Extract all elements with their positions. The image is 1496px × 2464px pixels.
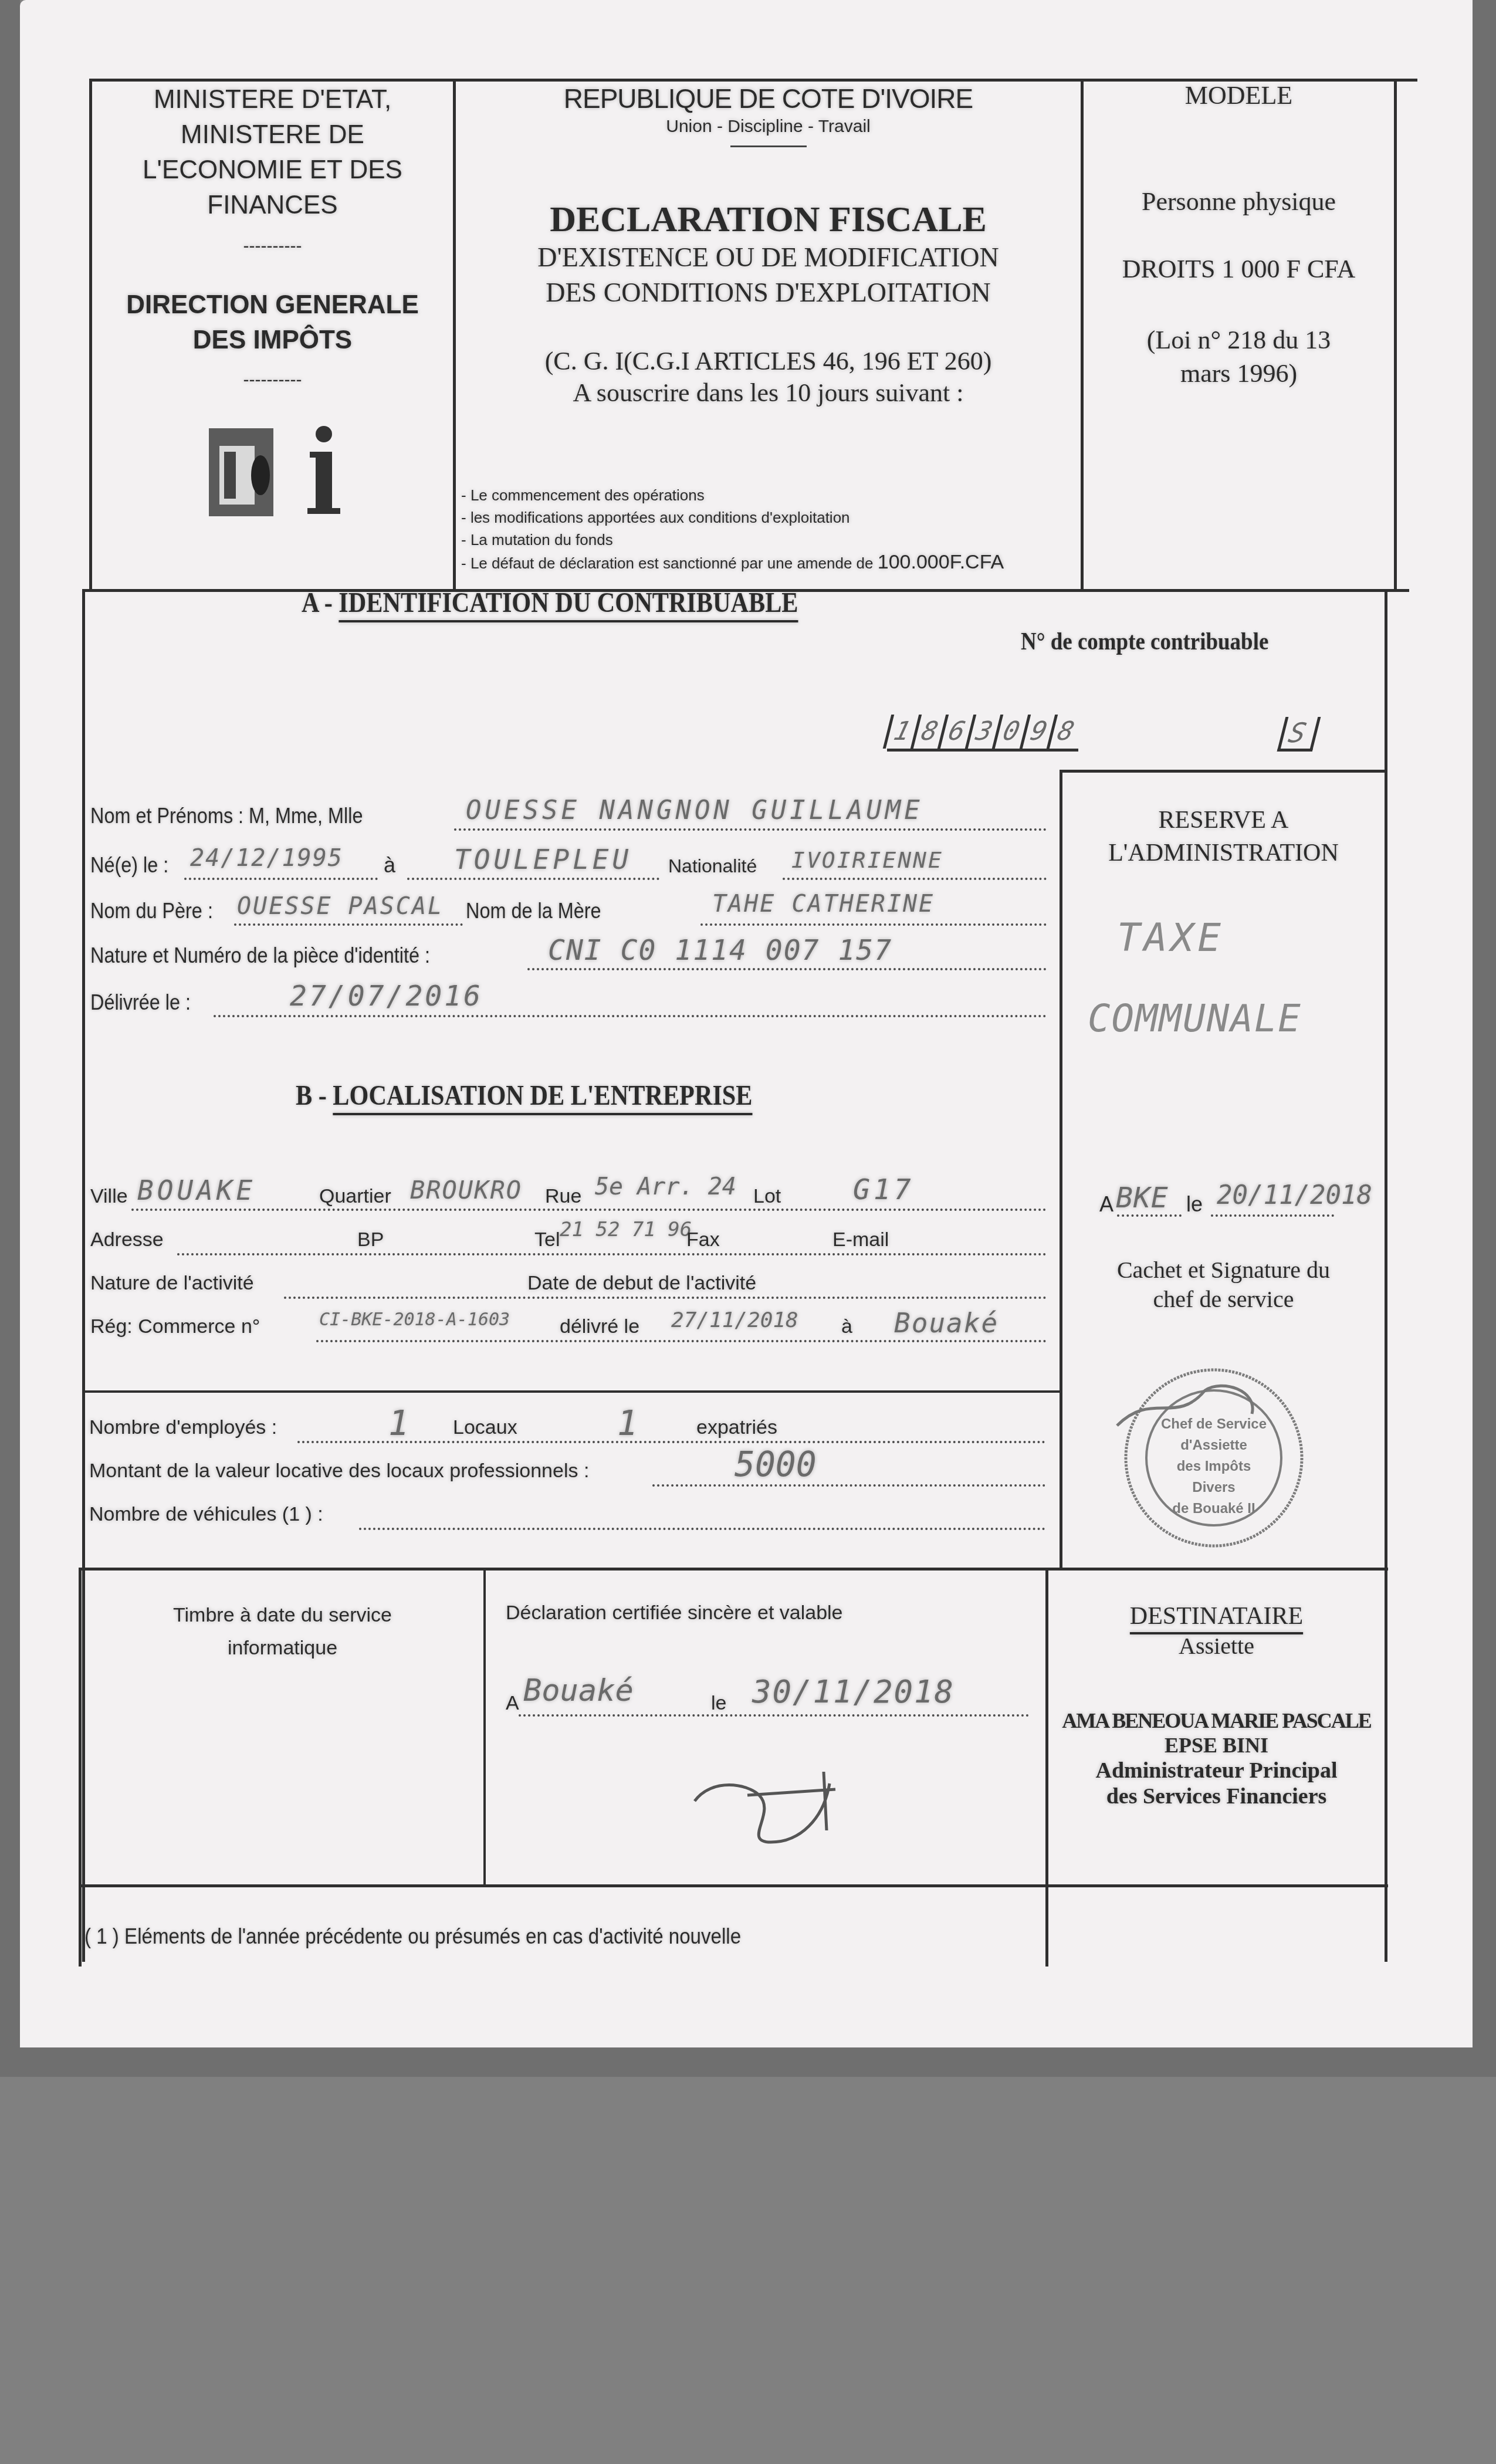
- conditions-list: - Le commencement des opérations - les m…: [461, 484, 1004, 574]
- field-naissance: Né(e) le : 24/12/1995 à TOULEPLEU Nation…: [90, 847, 1052, 893]
- droits-amount: DROITS 1 000 F CFA: [1084, 254, 1394, 284]
- destinataire-box: DESTINATAIRE Assiette AMA BENEOUA MARIE …: [1048, 1602, 1385, 1809]
- ministry-line-4: FINANCES: [92, 188, 453, 223]
- field-vehicules: Nombre de véhicules (1 ) :: [89, 1501, 1051, 1544]
- separator-2: ----------: [92, 363, 453, 398]
- agent-title: Administrateur Principal: [1048, 1758, 1385, 1783]
- reserve-note-2: COMMUNALE: [1088, 997, 1302, 1041]
- rc-number-value[interactable]: CI-BKE-2018-A-1603: [319, 1309, 510, 1330]
- reserve-box: RESERVE A L'ADMINISTRATION: [1062, 804, 1385, 869]
- certification-place-value[interactable]: Bouaké: [523, 1673, 634, 1708]
- quartier-value[interactable]: BROUKRO: [410, 1176, 522, 1204]
- field-piece: Nature et Numéro de la pièce d'identité …: [90, 937, 1052, 984]
- official-stamp-icon: Chef de Service d'Assiette des Impôts Di…: [1105, 1355, 1322, 1555]
- certification-label: Déclaration certifiée sincère et valable: [506, 1602, 843, 1624]
- form-page: MINISTERE D'ETAT, MINISTERE DE L'ECONOMI…: [20, 0, 1473, 2047]
- timbre-box: Timbre à date du service informatique: [82, 1599, 483, 1664]
- father-name-value[interactable]: OUESSE PASCAL: [237, 893, 444, 920]
- reserve-place-date: A BKE le 20/11/2018: [1099, 1185, 1375, 1220]
- scan-left-border: [0, 0, 20, 2077]
- cachet-label: Cachet et Signature du chef de service: [1062, 1255, 1385, 1314]
- republic-title: REPUBLIQUE DE COTE D'IVOIRE: [456, 82, 1081, 115]
- agent-name: AMA BENEOUA MARIE PASCALE: [1048, 1708, 1385, 1733]
- reserve-title-2: L'ADMINISTRATION: [1062, 837, 1385, 869]
- agent-title-2: des Services Financiers: [1048, 1783, 1385, 1809]
- ministry-line-1: MINISTERE D'ETAT,: [92, 82, 453, 117]
- direction-line-2: DES IMPÔTS: [92, 323, 453, 358]
- rue-value[interactable]: 5e Arr. 24: [595, 1173, 736, 1200]
- field-activite: Nature de l'activité Date de debut de l'…: [90, 1270, 1052, 1313]
- certification-date-value[interactable]: 30/11/2018: [752, 1673, 955, 1710]
- form-title: DECLARATION FISCALE: [456, 199, 1081, 240]
- ministry-line-2: MINISTERE DE: [92, 117, 453, 153]
- locaux-value[interactable]: 1: [617, 1403, 641, 1443]
- section-a-title: A - IDENTIFICATION DU CONTRIBUABLE: [302, 587, 798, 619]
- identity-fields: Nom et Prénoms : M, Mme, Mlle OUESSE NAN…: [90, 798, 1052, 1031]
- employes-value[interactable]: 1: [388, 1403, 412, 1443]
- reserve-title-1: RESERVE A: [1062, 804, 1385, 837]
- field-parents: Nom du Père : OUESSE PASCAL Nom de la Mè…: [90, 893, 1052, 937]
- motto: Union - Discipline - Travail: [456, 115, 1081, 138]
- account-label: N° de compte contribuable: [1021, 628, 1268, 656]
- condition-item: - La mutation du fonds: [461, 529, 1004, 551]
- separator: ----------: [92, 229, 453, 264]
- field-employes: Nombre d'employés : 1 Locaux 1 expatriés: [89, 1414, 1051, 1457]
- nationality-value[interactable]: IVOIRIENNE: [791, 847, 943, 873]
- form-subtitle-1: D'EXISTENCE OU DE MODIFICATION: [456, 240, 1081, 275]
- location-fields: Ville BOUAKE Quartier BROUKRO Rue 5e Arr…: [90, 1179, 1052, 1356]
- tel-value[interactable]: 21 52 71 96: [560, 1218, 692, 1241]
- section-b-title: B - LOCALISATION DE L'ENTREPRISE: [296, 1079, 752, 1112]
- ville-value[interactable]: BOUAKE: [137, 1175, 256, 1206]
- birth-place-value[interactable]: TOULEPLEU: [454, 844, 632, 875]
- condition-item: - Le défaut de déclaration est sanctionn…: [461, 551, 1004, 574]
- reserve-note-1: TAXE: [1117, 915, 1224, 960]
- mother-name-value[interactable]: TAHE CATHERINE: [712, 891, 935, 918]
- employment-fields: Nombre d'employés : 1 Locaux 1 expatriés…: [89, 1414, 1051, 1544]
- taxpayer-signature-icon: [689, 1760, 865, 1848]
- reserve-place-value[interactable]: BKE: [1116, 1182, 1169, 1214]
- penalty-amount: 100.000F.CFA: [878, 551, 1004, 573]
- header-right: MODELE Personne physique DROITS 1 000 F …: [1084, 81, 1394, 388]
- field-nom: Nom et Prénoms : M, Mme, Mlle OUESSE NAN…: [90, 798, 1052, 847]
- dgi-logo-icon: [207, 422, 341, 522]
- nom-value[interactable]: OUESSE NANGNON GUILLAUME: [466, 796, 923, 825]
- account-key: S: [1281, 717, 1313, 749]
- deadline: A souscrire dans les 10 jours suivant :: [456, 377, 1081, 409]
- header-center: REPUBLIQUE DE COTE D'IVOIRE Union - Disc…: [456, 82, 1081, 409]
- stamp-inner-text: Chef de Service d'Assiette des Impôts Di…: [1158, 1414, 1270, 1519]
- account-number-field: 1863098: [887, 715, 1078, 752]
- condition-item: - les modifications apportées aux condit…: [461, 506, 1004, 529]
- birth-date-value[interactable]: 24/12/1995: [190, 845, 343, 872]
- certification-place-date: A Bouaké le 30/11/2018: [506, 1684, 1034, 1719]
- id-issue-date-value[interactable]: 27/07/2016: [290, 980, 483, 1013]
- modele-label: MODELE: [1084, 81, 1394, 110]
- footnote: ( 1 ) Eléments de l'année précédente ou …: [84, 1924, 741, 1949]
- account-key-field: S: [1277, 717, 1321, 752]
- id-number-value[interactable]: CNI C0 1114 007 157: [548, 934, 892, 967]
- articles: (C. G. I(C.G.I ARTICLES 46, 196 ET 260): [456, 346, 1081, 377]
- condition-item: - Le commencement des opérations: [461, 484, 1004, 506]
- field-contact: Adresse BP Tel 21 52 71 96 Fax E-mail: [90, 1226, 1052, 1270]
- scan-right-border: [1473, 0, 1496, 2077]
- direction-line-1: DIRECTION GENERALE: [92, 287, 453, 323]
- field-registre: Rég: Commerce n° CI-BKE-2018-A-1603 déli…: [90, 1313, 1052, 1356]
- loi-line-2: mars 1996): [1084, 359, 1394, 388]
- lot-value[interactable]: G17: [853, 1173, 915, 1206]
- assiette-label: Assiette: [1048, 1631, 1385, 1661]
- agent-name-2: EPSE BINI: [1048, 1733, 1385, 1758]
- rc-date-value[interactable]: 27/11/2018: [671, 1308, 798, 1332]
- personne-type: Personne physique: [1084, 187, 1394, 216]
- rc-place-value[interactable]: Bouaké: [894, 1307, 999, 1339]
- ministry-block: MINISTERE D'ETAT, MINISTERE DE L'ECONOMI…: [92, 82, 453, 398]
- valeur-locative-value[interactable]: 5000: [735, 1444, 817, 1484]
- ministry-line-3: L'ECONOMIE ET DES: [92, 153, 453, 188]
- reserve-date-value[interactable]: 20/11/2018: [1217, 1180, 1372, 1210]
- field-valeur-locative: Montant de la valeur locative des locaux…: [89, 1457, 1051, 1501]
- destinataire-title: DESTINATAIRE: [1048, 1602, 1385, 1631]
- motto-divider: [730, 145, 807, 147]
- field-delivree: Délivrée le : 27/07/2016: [90, 984, 1052, 1031]
- form-subtitle-2: DES CONDITIONS D'EXPLOITATION: [456, 275, 1081, 310]
- loi-line-1: (Loi n° 218 du 13: [1084, 321, 1394, 359]
